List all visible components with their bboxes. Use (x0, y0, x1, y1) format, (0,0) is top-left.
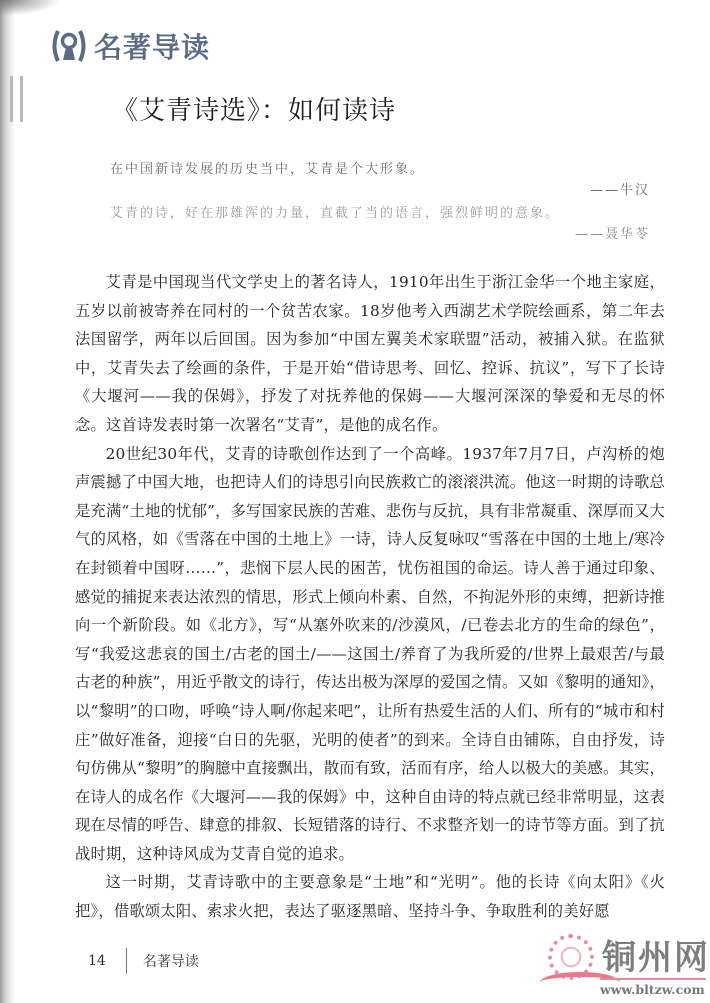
epigraph-author: ——聂华苓 (110, 224, 650, 246)
watermark-url: www.bltzw.com (600, 982, 705, 997)
page-corner-shadow (0, 0, 60, 16)
page-number: 14 (88, 953, 106, 969)
body-paragraph: 艾青是中国现当代文学史上的著名诗人，1910年出生于浙江金华一个地主家庭，五岁以… (75, 268, 665, 440)
body-paragraph: 20世纪30年代，艾青的诗歌创作达到了一个高峰。1937年7月7日，卢沟桥的炮声… (75, 440, 665, 869)
site-watermark: 铜州网 www.bltzw.com (540, 928, 710, 1003)
watermark-underline (600, 978, 706, 980)
article-body: 艾青是中国现当代文学史上的著名诗人，1910年出生于浙江金华一个地主家庭，五岁以… (75, 268, 665, 926)
running-title: 名著导读 (143, 951, 199, 971)
watermark-name: 铜州网 (602, 930, 710, 979)
book-spine-shadow (0, 0, 14, 1003)
page-footer: 14 名著导读 (88, 946, 199, 976)
margin-marker (10, 76, 26, 122)
epigraph-quote: 艾青的诗，好在那雄浑的力量，直截了当的语言，强烈鲜明的意象。 (110, 202, 650, 226)
epigraph-block: 在中国新诗发展的历史当中，艾青是个大形象。 ——牛汉 艾青的诗，好在那雄浑的力量… (110, 158, 650, 246)
body-paragraph: 这一时期，艾青诗歌中的主要意象是“土地”和“光明”。他的长诗《向太阳》《火把》，… (75, 868, 665, 925)
section-title: 名著导读 (94, 26, 210, 66)
epigraph-quote: 在中国新诗发展的历史当中，艾青是个大形象。 (110, 158, 650, 182)
section-header: 名著导读 (50, 24, 210, 68)
article-title: 《艾青诗选》：如何读诗 (112, 90, 396, 127)
footer-divider (126, 948, 127, 974)
epigraph-author: ——牛汉 (110, 180, 650, 202)
keyhole-badge-icon (50, 28, 88, 64)
